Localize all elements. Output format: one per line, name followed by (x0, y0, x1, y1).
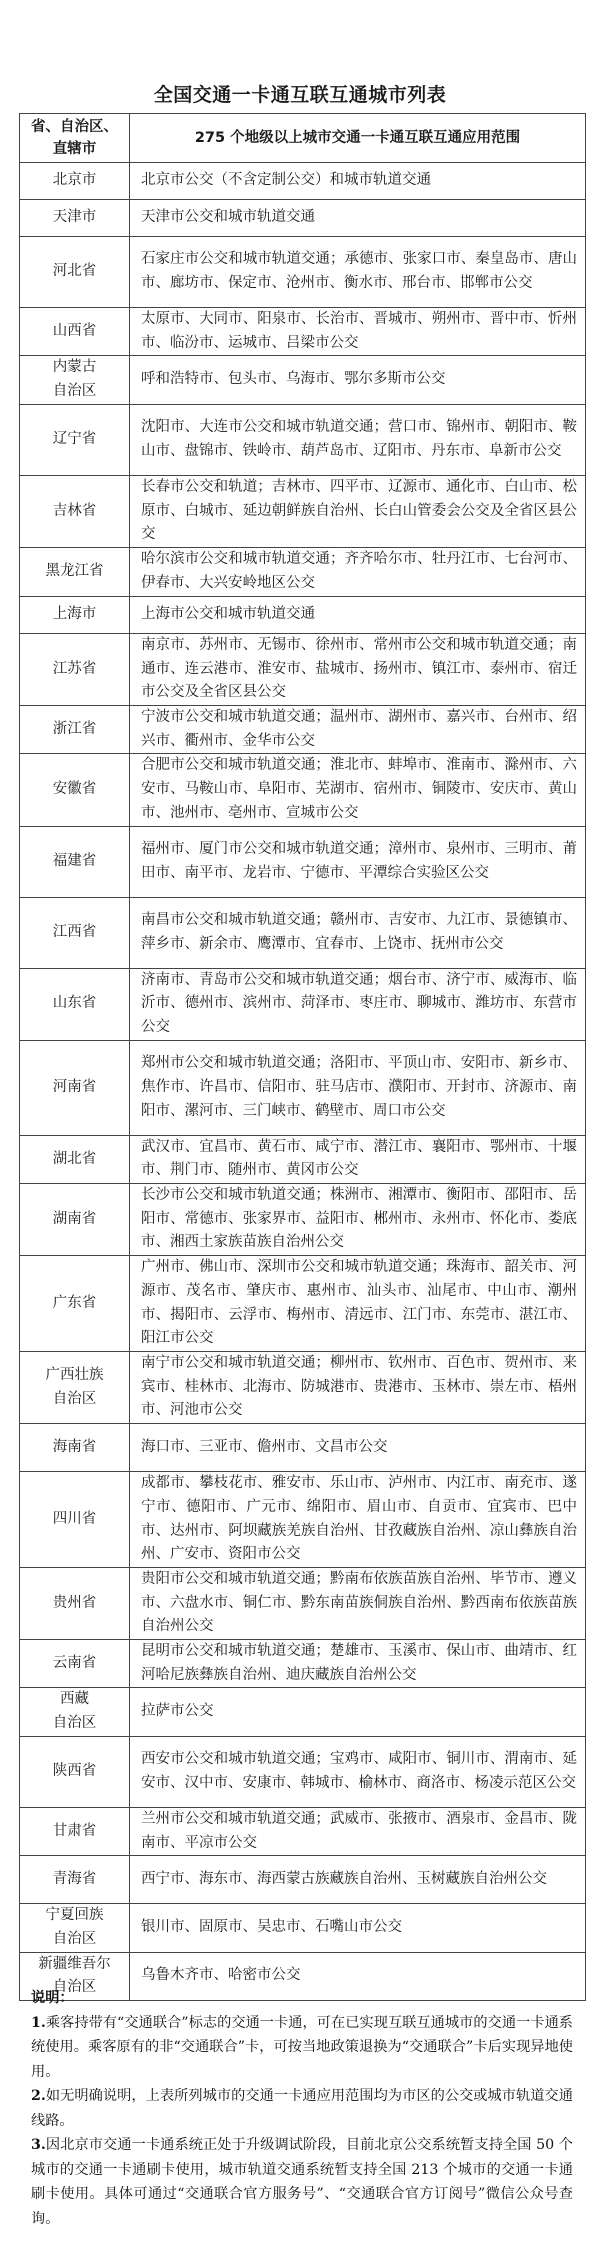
scope-cell: 天津市公交和城市轨道交通 (130, 200, 586, 237)
province-cell: 湖南省 (20, 1184, 130, 1256)
province-cell: 广西壮族自治区 (20, 1351, 130, 1423)
table-row: 甘肃省兰州市公交和城市轨道交通；武威市、张掖市、酒泉市、金昌市、陇南市、平凉市公… (20, 1807, 586, 1855)
province-cell: 辽宁省 (20, 404, 130, 475)
table-body: 北京市北京市公交（不含定制公交）和城市轨道交通天津市天津市公交和城市轨道交通河北… (20, 163, 586, 2001)
province-cell: 四川省 (20, 1472, 130, 1568)
province-cell: 云南省 (20, 1640, 130, 1688)
table-row: 黑龙江省哈尔滨市公交和城市轨道交通；齐齐哈尔市、牡丹江市、七台河市、伊春市、大兴… (20, 547, 586, 596)
table-row: 河北省石家庄市公交和城市轨道交通；承德市、张家口市、秦皇岛市、唐山市、廊坊市、保… (20, 237, 586, 308)
province-cell: 北京市 (20, 163, 130, 200)
province-cell: 湖北省 (20, 1135, 130, 1183)
province-cell: 甘肃省 (20, 1807, 130, 1855)
table-row: 江苏省南京市、苏州市、无锡市、徐州市、常州市公交和城市轨道交通；南通市、连云港市… (20, 633, 586, 705)
scope-cell: 呼和浩特市、包头市、乌海市、鄂尔多斯市公交 (130, 356, 586, 404)
scope-cell: 北京市公交（不含定制公交）和城市轨道交通 (130, 163, 586, 200)
table-row: 山西省太原市、大同市、阳泉市、长治市、晋城市、朔州市、晋中市、忻州市、临汾市、运… (20, 308, 586, 356)
scope-cell: 银川市、固原市、吴忠市、石嘴山市公交 (130, 1904, 586, 1952)
table-row: 广西壮族自治区南宁市公交和城市轨道交通；柳州市、钦州市、百色市、贺州市、来宾市、… (20, 1351, 586, 1423)
scope-cell: 西安市公交和城市轨道交通；宝鸡市、咸阳市、铜川市、渭南市、延安市、汉中市、安康市… (130, 1736, 586, 1807)
table-row: 北京市北京市公交（不含定制公交）和城市轨道交通 (20, 163, 586, 200)
scope-cell: 广州市、佛山市、深圳市公交和城市轨道交通；珠海市、韶关市、河源市、茂名市、肇庆市… (130, 1256, 586, 1352)
table-row: 海南省海口市、三亚市、儋州市、文昌市公交 (20, 1424, 586, 1472)
table-row: 河南省郑州市公交和城市轨道交通；洛阳市、平顶山市、安阳市、新乡市、焦作市、许昌市… (20, 1040, 586, 1135)
table-row: 广东省广州市、佛山市、深圳市公交和城市轨道交通；珠海市、韶关市、河源市、茂名市、… (20, 1256, 586, 1352)
table-row: 四川省成都市、攀枝花市、雅安市、乐山市、泸州市、内江市、南充市、遂宁市、德阳市、… (20, 1472, 586, 1568)
province-cell: 江苏省 (20, 633, 130, 705)
table-header-row: 省、自治区、直辖市 275 个地级以上城市交通一卡通互联互通应用范围 (20, 114, 586, 163)
scope-cell: 海口市、三亚市、儋州市、文昌市公交 (130, 1424, 586, 1472)
scope-cell: 南宁市公交和城市轨道交通；柳州市、钦州市、百色市、贺州市、来宾市、桂林市、北海市… (130, 1351, 586, 1423)
province-cell: 广东省 (20, 1256, 130, 1352)
header-scope: 275 个地级以上城市交通一卡通互联互通应用范围 (130, 114, 586, 163)
scope-cell: 石家庄市公交和城市轨道交通；承德市、张家口市、秦皇岛市、唐山市、廊坊市、保定市、… (130, 237, 586, 308)
note-item: 3.因北京市交通一卡通系统正处于升级调试阶段，目前北京公交系统暂支持全国 50 … (31, 2133, 573, 2231)
city-table: 省、自治区、直辖市 275 个地级以上城市交通一卡通互联互通应用范围 北京市北京… (19, 113, 586, 2001)
scope-cell: 宁波市公交和城市轨道交通；温州市、湖州市、嘉兴市、台州市、绍兴市、衢州市、金华市… (130, 706, 586, 754)
province-cell: 浙江省 (20, 706, 130, 754)
province-cell: 山东省 (20, 968, 130, 1040)
scope-cell: 成都市、攀枝花市、雅安市、乐山市、泸州市、内江市、南充市、遂宁市、德阳市、广元市… (130, 1472, 586, 1568)
table-row: 辽宁省沈阳市、大连市公交和城市轨道交通；营口市、锦州市、朝阳市、鞍山市、盘锦市、… (20, 404, 586, 475)
table-row: 浙江省宁波市公交和城市轨道交通；温州市、湖州市、嘉兴市、台州市、绍兴市、衢州市、… (20, 706, 586, 754)
header-province: 省、自治区、直辖市 (20, 114, 130, 163)
province-cell: 天津市 (20, 200, 130, 237)
table-row: 云南省昆明市公交和城市轨道交通；楚雄市、玉溪市、保山市、曲靖市、红河哈尼族彝族自… (20, 1640, 586, 1688)
province-cell: 安徽省 (20, 754, 130, 826)
table-row: 陕西省西安市公交和城市轨道交通；宝鸡市、咸阳市、铜川市、渭南市、延安市、汉中市、… (20, 1736, 586, 1807)
note-item: 2.如无明确说明，上表所列城市的交通一卡通应用范围均为市区的公交或城市轨道交通线… (31, 2084, 573, 2133)
table-row: 天津市天津市公交和城市轨道交通 (20, 200, 586, 237)
scope-cell: 南昌市公交和城市轨道交通；赣州市、吉安市、九江市、景德镇市、萍乡市、新余市、鹰潭… (130, 897, 586, 968)
scope-cell: 兰州市公交和城市轨道交通；武威市、张掖市、酒泉市、金昌市、陇南市、平凉市公交 (130, 1807, 586, 1855)
scope-cell: 长春市公交和轨道；吉林市、四平市、辽源市、通化市、白山市、松原市、白城市、延边朝… (130, 475, 586, 547)
scope-cell: 合肥市公交和城市轨道交通；淮北市、蚌埠市、淮南市、滁州市、六安市、马鞍山市、阜阳… (130, 754, 586, 826)
table-row: 吉林省长春市公交和轨道；吉林市、四平市、辽源市、通化市、白山市、松原市、白城市、… (20, 475, 586, 547)
province-cell: 海南省 (20, 1424, 130, 1472)
province-cell: 江西省 (20, 897, 130, 968)
province-cell: 青海省 (20, 1856, 130, 1904)
table-row: 宁夏回族自治区银川市、固原市、吴忠市、石嘴山市公交 (20, 1904, 586, 1952)
scope-cell: 昆明市公交和城市轨道交通；楚雄市、玉溪市、保山市、曲靖市、红河哈尼族彝族自治州、… (130, 1640, 586, 1688)
note-item: 1.乘客持带有“交通联合”标志的交通一卡通，可在已实现互联互通城市的交通一卡通系… (31, 2011, 573, 2085)
scope-cell: 太原市、大同市、阳泉市、长治市、晋城市、朔州市、晋中市、忻州市、临汾市、运城市、… (130, 308, 586, 356)
scope-cell: 长沙市公交和城市轨道交通；株洲市、湘潭市、衡阳市、邵阳市、岳阳市、常德市、张家界… (130, 1184, 586, 1256)
province-cell: 山西省 (20, 308, 130, 356)
table-row: 江西省南昌市公交和城市轨道交通；赣州市、吉安市、九江市、景德镇市、萍乡市、新余市… (20, 897, 586, 968)
table-row: 山东省济南市、青岛市公交和城市轨道交通；烟台市、济宁市、威海市、临沂市、德州市、… (20, 968, 586, 1040)
province-cell: 黑龙江省 (20, 547, 130, 596)
scope-cell: 贵阳市公交和城市轨道交通；黔南布依族苗族自治州、毕节市、遵义市、六盘水市、铜仁市… (130, 1567, 586, 1639)
scope-cell: 上海市公交和城市轨道交通 (130, 596, 586, 633)
table-row: 内蒙古自治区呼和浩特市、包头市、乌海市、鄂尔多斯市公交 (20, 356, 586, 404)
scope-cell: 沈阳市、大连市公交和城市轨道交通；营口市、锦州市、朝阳市、鞍山市、盘锦市、铁岭市… (130, 404, 586, 475)
notes-section: 说明： 1.乘客持带有“交通联合”标志的交通一卡通，可在已实现互联互通城市的交通… (31, 1986, 573, 2231)
scope-cell: 西宁市、海东市、海西蒙古族藏族自治州、玉树藏族自治州公交 (130, 1856, 586, 1904)
page-title: 全国交通一卡通互联互通城市列表 (0, 80, 600, 107)
province-cell: 陕西省 (20, 1736, 130, 1807)
scope-cell: 南京市、苏州市、无锡市、徐州市、常州市公交和城市轨道交通；南通市、连云港市、淮安… (130, 633, 586, 705)
notes-heading: 说明： (31, 1986, 573, 2011)
province-cell: 宁夏回族自治区 (20, 1904, 130, 1952)
scope-cell: 武汉市、宜昌市、黄石市、咸宁市、潜江市、襄阳市、鄂州市、十堰市、荆门市、随州市、… (130, 1135, 586, 1183)
province-cell: 内蒙古自治区 (20, 356, 130, 404)
table-row: 上海市上海市公交和城市轨道交通 (20, 596, 586, 633)
scope-cell: 拉萨市公交 (130, 1688, 586, 1736)
table-row: 安徽省合肥市公交和城市轨道交通；淮北市、蚌埠市、淮南市、滁州市、六安市、马鞍山市… (20, 754, 586, 826)
scope-cell: 济南市、青岛市公交和城市轨道交通；烟台市、济宁市、威海市、临沂市、德州市、滨州市… (130, 968, 586, 1040)
province-cell: 河北省 (20, 237, 130, 308)
table-row: 青海省西宁市、海东市、海西蒙古族藏族自治州、玉树藏族自治州公交 (20, 1856, 586, 1904)
province-cell: 西藏自治区 (20, 1688, 130, 1736)
province-cell: 上海市 (20, 596, 130, 633)
table-row: 贵州省贵阳市公交和城市轨道交通；黔南布依族苗族自治州、毕节市、遵义市、六盘水市、… (20, 1567, 586, 1639)
scope-cell: 哈尔滨市公交和城市轨道交通；齐齐哈尔市、牡丹江市、七台河市、伊春市、大兴安岭地区… (130, 547, 586, 596)
province-cell: 贵州省 (20, 1567, 130, 1639)
scope-cell: 郑州市公交和城市轨道交通；洛阳市、平顶山市、安阳市、新乡市、焦作市、许昌市、信阳… (130, 1040, 586, 1135)
scope-cell: 福州市、厦门市公交和城市轨道交通；漳州市、泉州市、三明市、莆田市、南平市、龙岩市… (130, 826, 586, 897)
table-row: 湖北省武汉市、宜昌市、黄石市、咸宁市、潜江市、襄阳市、鄂州市、十堰市、荆门市、随… (20, 1135, 586, 1183)
table-row: 西藏自治区拉萨市公交 (20, 1688, 586, 1736)
province-cell: 河南省 (20, 1040, 130, 1135)
province-cell: 吉林省 (20, 475, 130, 547)
table-row: 湖南省长沙市公交和城市轨道交通；株洲市、湘潭市、衡阳市、邵阳市、岳阳市、常德市、… (20, 1184, 586, 1256)
table-row: 福建省福州市、厦门市公交和城市轨道交通；漳州市、泉州市、三明市、莆田市、南平市、… (20, 826, 586, 897)
province-cell: 福建省 (20, 826, 130, 897)
